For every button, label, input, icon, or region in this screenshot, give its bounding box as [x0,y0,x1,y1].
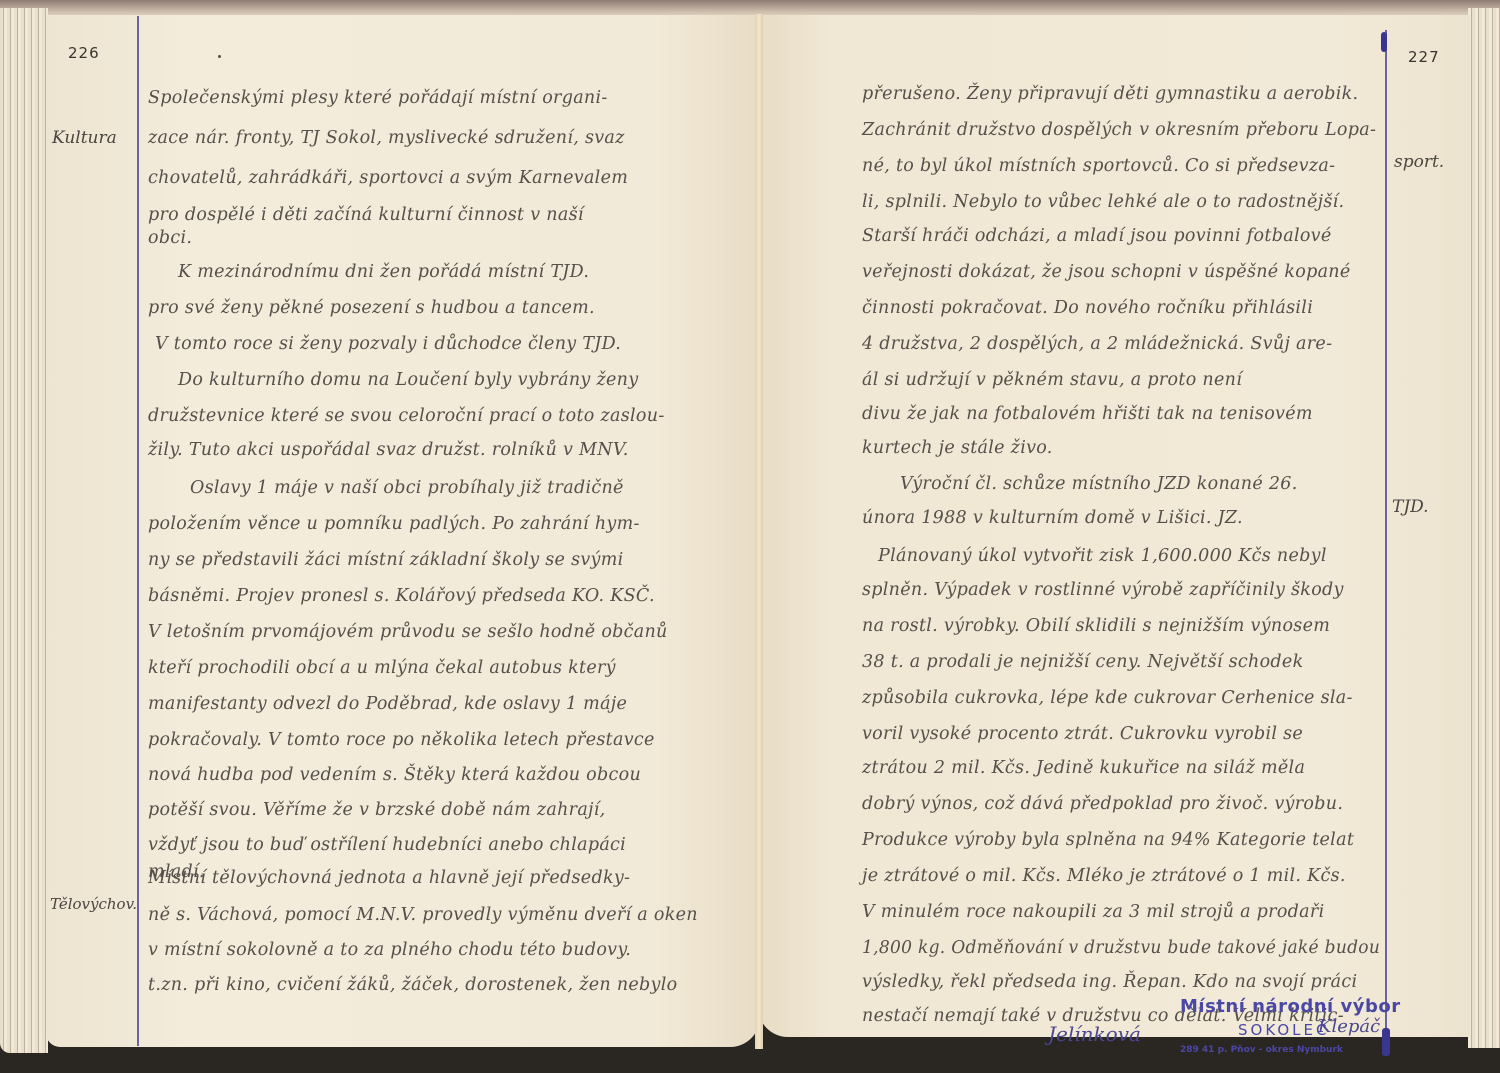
text-line: veřejnosti dokázat, že jsou schopni v ús… [862,262,1351,282]
text-line: obci. [148,228,192,248]
text-line: Oslavy 1 máje v naší obci probíhaly již … [190,478,624,498]
text-line: v místní sokolovně a to za plného chodu … [148,940,631,960]
text-line: kteří prochodili obcí a u mlýna čekal au… [148,658,616,678]
text-line: 4 družstva, 2 dospělých, a 2 mládežnická… [862,334,1332,354]
text-line: ál si udržují v pěkném stavu, a proto ne… [862,370,1242,390]
text-line: způsobila cukrovka, lépe kde cukrovar Ce… [862,688,1353,708]
text-line: Starší hráči odcházi, a mladí jsou povin… [862,226,1332,246]
stamp-line-3: 289 41 p. Pňov - okres Nymburk [1180,1045,1343,1055]
text-line: nová hudba pod vedením s. Štěky která ka… [148,765,641,785]
right-page-stack [1468,8,1500,1048]
text-line: 1,800 kg. Odměňování v družstvu bude tak… [862,938,1380,958]
text-line: básněmi. Projev pronesl s. Kolářový před… [148,586,655,606]
text-line: V minulém roce nakoupili za 3 mil strojů… [862,902,1324,922]
text-line: V letošním prvomájovém průvodu se sešlo … [148,622,668,642]
signature-left: Jelínková [1048,1022,1141,1046]
text-line: t.zn. při kino, cvičení žáků, žáček, dor… [148,975,677,995]
stamp-line-2: SOKOLEČ [1238,1021,1329,1039]
text-line: pro své ženy pěkné posezení s hudbou a t… [148,298,595,318]
text-line: ztrátou 2 mil. Kčs. Jedině kukuřice na s… [862,758,1305,778]
margin-label-jzd: TJD. [1392,497,1429,517]
text-line: zace nár. fronty, TJ Sokol, myslivecké s… [148,128,625,148]
text-line: dobrý výnos, což dává předpoklad pro živ… [862,794,1343,814]
text-line: splněn. Výpadek v rostlinné výrobě zapří… [862,580,1344,600]
text-line: V tomto roce si ženy pozvaly i důchodce … [155,334,621,354]
text-line: Zachránit družstvo dospělých v okresním … [862,120,1376,140]
open-book: 226 227 Kultura Tělovýchov. sport. TJD. … [0,0,1500,1073]
text-line: Produkce výroby byla splněna na 94% Kate… [862,830,1354,850]
margin-label-sport: sport. [1394,152,1444,172]
left-page-stack [0,8,48,1053]
left-margin-rule [137,16,139,1046]
margin-label-telovychova: Tělovýchov. [50,895,137,913]
text-line: divu že jak na fotbalovém hřišti tak na … [862,404,1313,424]
text-line: Místní tělovýchovná jednota a hlavně jej… [148,868,630,888]
text-line: pro dospělé i děti začíná kulturní činno… [148,205,584,225]
text-line: výsledky, řekl předseda ing. Řepan. Kdo … [862,972,1357,992]
text-line: družstevnice které se svou celoroční pra… [148,406,665,426]
text-line: žily. Tuto akci uspořádal svaz družst. r… [148,440,629,460]
text-line: 38 t. a prodali je nejnižší ceny. Největ… [862,652,1304,672]
text-line: manifestanty odvezl do Poděbrad, kde osl… [148,694,627,714]
text-line: li, splnili. Nebylo to vůbec lehké ale o… [862,192,1344,212]
text-line: chovatelů, zahrádkáři, sportovci a svým … [148,168,628,188]
text-line: pokračovaly. V tomto roce po několika le… [148,730,655,750]
text-line: února 1988 v kulturním domě v Lišici. JZ… [862,508,1243,528]
text-line: je ztrátové o mil. Kčs. Mléko je ztrátov… [862,866,1346,886]
book-gutter [755,14,763,1049]
ink-mark [1381,32,1387,52]
text-line: ně s. Váchová, pomocí M.N.V. provedly vý… [148,905,698,925]
text-line: né, to byl úkol místních sportovců. Co s… [862,156,1335,176]
left-page-number: 226 [68,44,100,62]
text-line: Do kulturního domu na Loučení byly vybrá… [178,370,638,390]
margin-label-kultura: Kultura [52,128,117,148]
text-line: Plánovaný úkol vytvořit zisk 1,600.000 K… [878,546,1327,566]
right-margin-rule [1385,30,1387,1050]
text-line: Společenskými plesy které pořádají místn… [148,88,608,108]
text-line: Výroční čl. schůze místního JZD konané 2… [900,474,1298,494]
text-line: kurtech je stále živo. [862,438,1053,458]
ink-dot [218,55,221,58]
text-line: K mezinárodnímu dni žen pořádá místní TJ… [178,262,589,282]
text-line: položením věnce u pomníku padlých. Po za… [148,514,640,534]
text-line: na rostl. výrobky. Obilí sklidili s nejn… [862,616,1330,636]
stamp-line-1: Místní národní výbor [1180,996,1401,1017]
text-line: činnosti pokračovat. Do nového ročníku p… [862,298,1313,318]
text-line: potěší svou. Věříme že v brzské době nám… [148,800,606,820]
text-line: přerušeno. Ženy připravují děti gymnasti… [862,84,1358,104]
text-line: ny se představili žáci místní základní š… [148,550,624,570]
signature-right: Klepáč [1318,1016,1380,1037]
right-page-number: 227 [1408,48,1440,66]
stamp-ink-blot [1382,1028,1390,1056]
text-line: vždyť jsou to buď ostřílení hudebníci an… [148,835,626,855]
text-line: voril vysoké procento ztrát. Cukrovku vy… [862,724,1303,744]
